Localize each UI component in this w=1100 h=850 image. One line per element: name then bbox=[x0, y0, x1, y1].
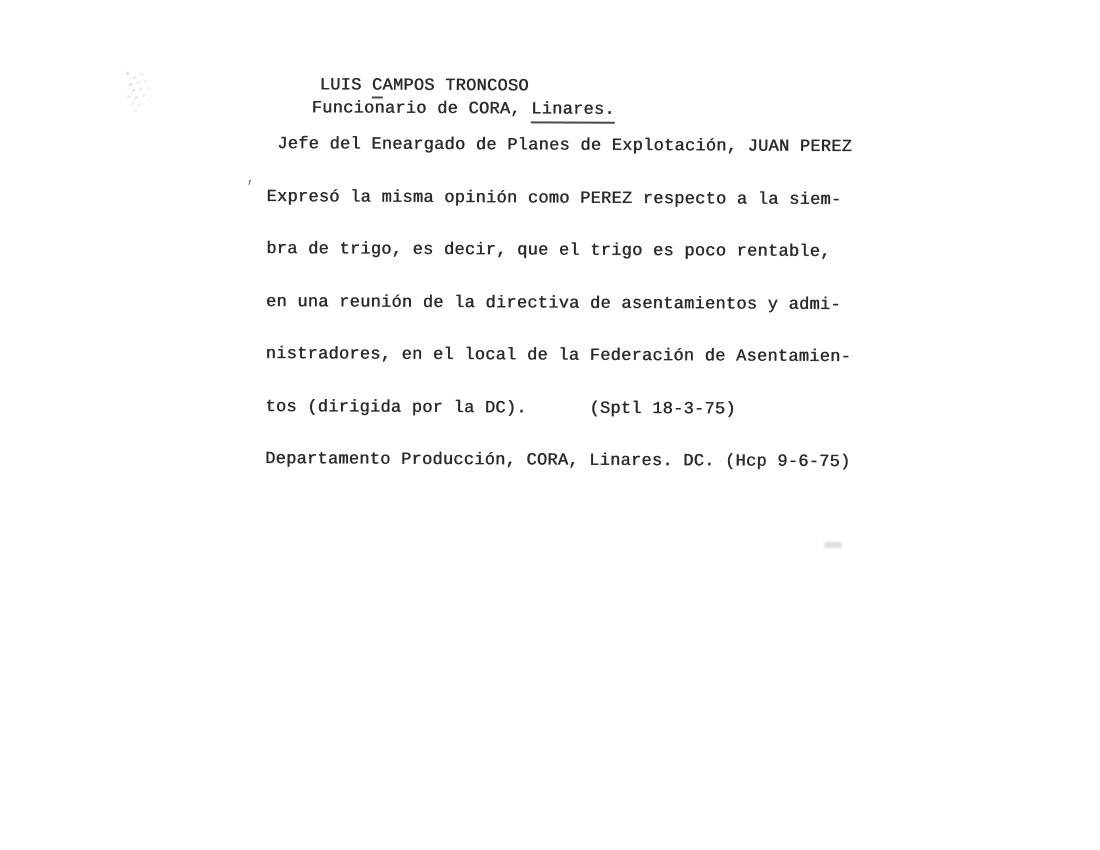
stray-ink-mark: , bbox=[245, 170, 256, 188]
smudge-speckles bbox=[126, 72, 129, 75]
body-line: Departamento Producción, CORA, Linares. … bbox=[265, 451, 850, 472]
body-line: en una reunión de la directiva de asenta… bbox=[266, 293, 851, 314]
scanner-artifact-mark bbox=[824, 542, 842, 548]
body-line: nistradores, en el local de la Federació… bbox=[266, 346, 851, 367]
body-line: tos (dirigida por la DC). (Sptl 18-3-75) bbox=[265, 398, 850, 419]
scanned-document-page: LUIS CAMPOS TRONCOSO Funcionario de CORA… bbox=[0, 0, 1100, 850]
body-line: Jefe del Eneargado de Planes de Explotac… bbox=[267, 136, 852, 157]
document-body: Jefe del Eneargado de Planes de Explotac… bbox=[265, 101, 852, 507]
paper-smudge bbox=[126, 72, 168, 118]
body-line: Expresó la misma opinión como PEREZ resp… bbox=[266, 188, 851, 209]
body-line: bra de trigo, es decir, que el trigo es … bbox=[266, 241, 851, 262]
